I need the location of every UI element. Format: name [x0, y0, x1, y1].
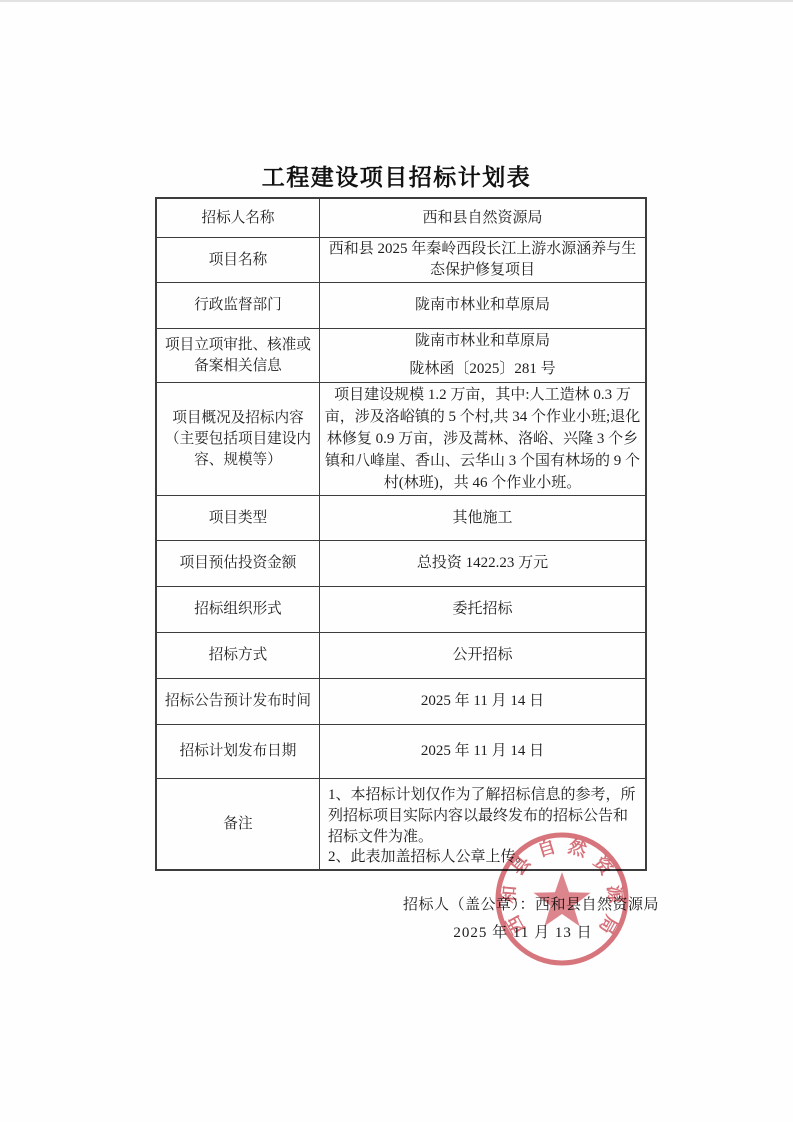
- table-row: 项目立项审批、核准或备案相关信息 陇南市林业和草原局 陇林函〔2025〕281 …: [157, 329, 645, 383]
- table-row: 备注 1、本招标计划仅作为了解招标信息的参考，所列招标项目实际内容以最终发布的招…: [157, 779, 645, 869]
- scan-edge-artifact: [0, 0, 793, 2]
- table-row: 行政监督部门 陇南市林业和草原局: [157, 283, 645, 329]
- row-label-announcement-date: 招标公告预计发布时间: [157, 679, 320, 724]
- row-value-bidding-method: 公开招标: [320, 633, 645, 678]
- row-value-project-name: 西和县 2025 年秦岭西段长江上游水源涵养与生态保护修复项目: [320, 238, 645, 282]
- signer-line: 招标人（盖公章）：西和县自然资源局: [403, 893, 643, 914]
- row-value-announcement-date: 2025 年 11 月 14 日: [320, 679, 645, 724]
- signature-date-line: 2025 年 11 月 13 日: [403, 921, 643, 942]
- row-value-project-overview: 项目建设规模 1.2 万亩，其中:人工造林 0.3 万亩，涉及洛峪镇的 5 个村…: [320, 383, 645, 495]
- table-row: 项目概况及招标内容（主要包括项目建设内容、规模等） 项目建设规模 1.2 万亩，…: [157, 383, 645, 496]
- table-row: 招标公告预计发布时间 2025 年 11 月 14 日: [157, 679, 645, 725]
- remark-item-1: 1、本招标计划仅作为了解招标信息的参考，所列招标项目实际内容以最终发布的招标公告…: [328, 785, 639, 847]
- row-label-project-overview: 项目概况及招标内容（主要包括项目建设内容、规模等）: [157, 383, 320, 495]
- scanned-document-page: 工程建设项目招标计划表 招标人名称 西和县自然资源局 项目名称 西和县 2025…: [0, 0, 793, 1122]
- table-row: 项目预估投资金额 总投资 1422.23 万元: [157, 541, 645, 587]
- table-row: 招标计划发布日期 2025 年 11 月 14 日: [157, 725, 645, 779]
- approval-doc-number-line: 陇林函〔2025〕281 号: [409, 359, 555, 380]
- table-row: 项目类型 其他施工: [157, 496, 645, 541]
- row-value-supervising-dept: 陇南市林业和草原局: [320, 283, 645, 328]
- row-label-supervising-dept: 行政监督部门: [157, 283, 320, 328]
- row-value-bidder-name: 西和县自然资源局: [320, 199, 645, 237]
- tender-plan-table: 招标人名称 西和县自然资源局 项目名称 西和县 2025 年秦岭西段长江上游水源…: [155, 197, 647, 871]
- row-value-organization-form: 委托招标: [320, 587, 645, 632]
- row-label-bidding-method: 招标方式: [157, 633, 320, 678]
- row-value-plan-publish-date: 2025 年 11 月 14 日: [320, 725, 645, 778]
- row-value-estimated-investment: 总投资 1422.23 万元: [320, 541, 645, 586]
- row-value-project-type: 其他施工: [320, 496, 645, 540]
- approval-org-line: 陇南市林业和草原局: [415, 331, 550, 352]
- row-label-remarks: 备注: [157, 779, 320, 869]
- row-label-bidder-name: 招标人名称: [157, 199, 320, 237]
- row-label-plan-publish-date: 招标计划发布日期: [157, 725, 320, 778]
- table-row: 招标方式 公开招标: [157, 633, 645, 679]
- row-label-project-name: 项目名称: [157, 238, 320, 282]
- table-row: 项目名称 西和县 2025 年秦岭西段长江上游水源涵养与生态保护修复项目: [157, 238, 645, 283]
- row-label-project-type: 项目类型: [157, 496, 320, 540]
- table-row: 招标组织形式 委托招标: [157, 587, 645, 633]
- table-row: 招标人名称 西和县自然资源局: [157, 199, 645, 238]
- row-label-organization-form: 招标组织形式: [157, 587, 320, 632]
- row-label-estimated-investment: 项目预估投资金额: [157, 541, 320, 586]
- remark-item-2: 2、此表加盖招标人公章上传。: [328, 847, 531, 868]
- row-label-approval-info: 项目立项审批、核准或备案相关信息: [157, 329, 320, 382]
- row-value-remarks: 1、本招标计划仅作为了解招标信息的参考，所列招标项目实际内容以最终发布的招标公告…: [320, 779, 645, 869]
- page-title: 工程建设项目招标计划表: [0, 159, 793, 192]
- row-value-approval-info: 陇南市林业和草原局 陇林函〔2025〕281 号: [320, 329, 645, 382]
